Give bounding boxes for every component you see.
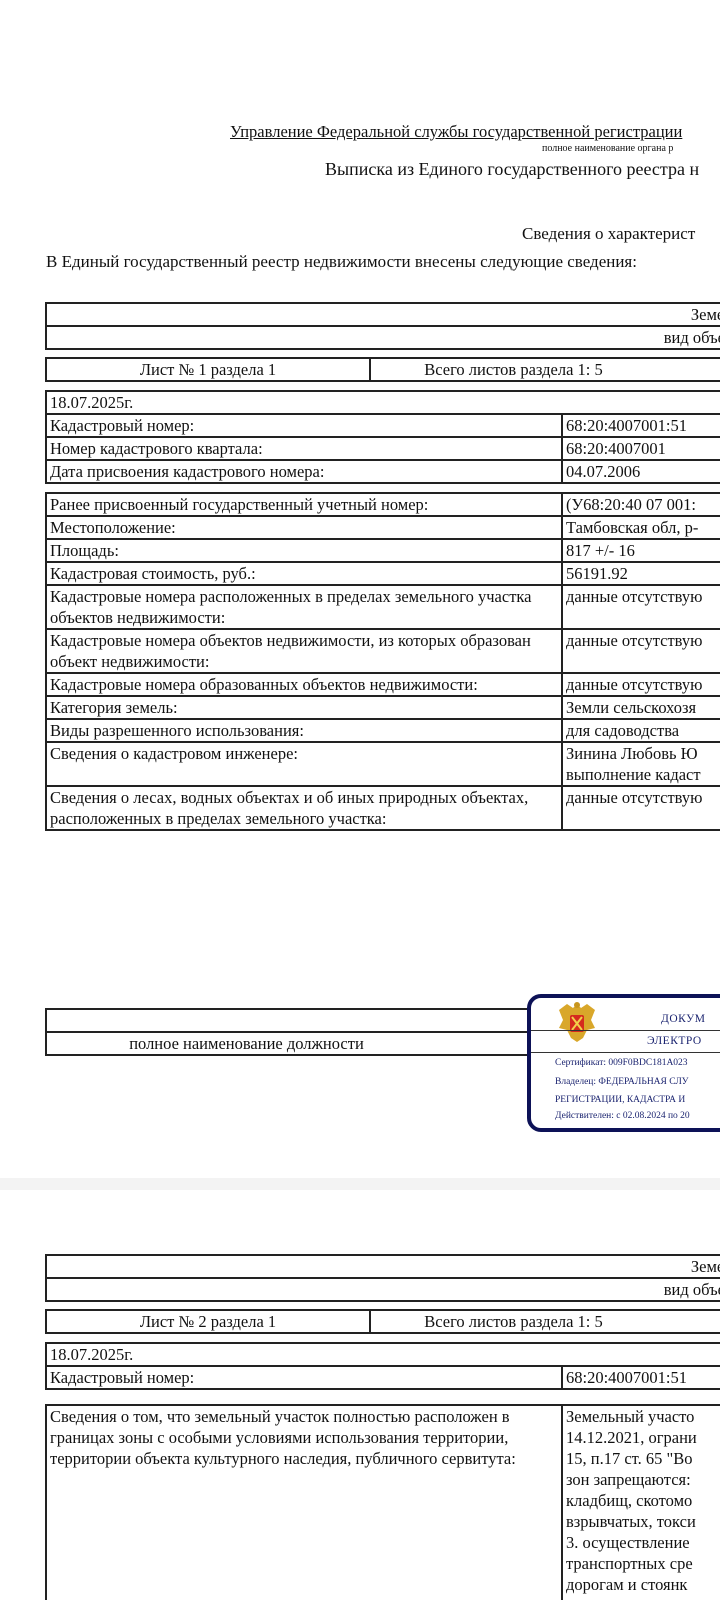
coat-of-arms-icon [555, 1000, 599, 1046]
stamp-title-2: ЭЛЕКТРО [647, 1035, 702, 1047]
section-title: Сведения о характерист [522, 224, 695, 244]
zone-value-line: 3. осуществление [566, 1532, 720, 1553]
row-value: для садоводства [562, 719, 720, 742]
row-value: Тамбовская обл, р- [562, 516, 720, 539]
page2-info-table: 18.07.2025г. Кадастровый номер: 68:20:40… [45, 1342, 720, 1390]
row-label: Сведения о лесах, водных объектах и об и… [46, 786, 562, 830]
table-row: Дата присвоения кадастрового номера: 04.… [46, 460, 720, 483]
row-value: (У68:20:40 07 001: [562, 493, 720, 516]
row-label: Кадастровые номера объектов недвижимости… [46, 629, 562, 673]
row-label: Кадастровая стоимость, руб.: [46, 562, 562, 585]
extract-date: 18.07.2025г. [46, 391, 720, 414]
table-row: Ранее присвоенный государственный учетны… [46, 493, 720, 516]
zone-table: Сведения о том, что земельный участок по… [45, 1404, 720, 1600]
object-type: Земель [46, 303, 720, 326]
main-info-table-2: Ранее присвоенный государственный учетны… [45, 492, 720, 831]
row-value: 68:20:4007001:51 [562, 414, 720, 437]
zone-value-line: дорогам и стоянк [566, 1574, 720, 1595]
extract-date: 18.07.2025г. [46, 1343, 720, 1366]
row-value: 04.07.2006 [562, 460, 720, 483]
row-value: 68:20:4007001 [562, 437, 720, 460]
engineer-detail: выполнение кадаст [566, 764, 720, 785]
sheet-number: Лист № 1 раздела 1 [46, 358, 370, 381]
table-row: Местоположение:Тамбовская обл, р- [46, 516, 720, 539]
engineer-name: Зинина Любовь Ю [566, 743, 720, 764]
sheet-number: Лист № 2 раздела 1 [46, 1310, 370, 1333]
stamp-owner-cont: РЕГИСТРАЦИИ, КАДАСТРА И [555, 1095, 685, 1105]
row-value: Зинина Любовь Ювыполнение кадаст [562, 742, 720, 786]
row-value: 56191.92 [562, 562, 720, 585]
row-value: 68:20:4007001:51 [562, 1366, 720, 1389]
stamp-owner: Владелец: ФЕДЕРАЛЬНАЯ СЛУ [555, 1077, 689, 1087]
zone-value: Земельный участо 14.12.2021, ограни 15, … [562, 1405, 720, 1600]
table-row: Сведения о кадастровом инженере:Зинина Л… [46, 742, 720, 786]
row-label: Кадастровые номера расположенных в преде… [46, 585, 562, 629]
table-row: Номер кадастрового квартала: 68:20:40070… [46, 437, 720, 460]
row-value: 817 +/- 16 [562, 539, 720, 562]
row-label: Местоположение: [46, 516, 562, 539]
table-row: Кадастровые номера расположенных в преде… [46, 585, 720, 629]
row-label: Кадастровый номер: [46, 414, 562, 437]
document-page-1: Управление Федеральной службы государств… [0, 0, 720, 1178]
row-value: данные отсутствую [562, 629, 720, 673]
intro-text: В Единый государственный реестр недвижим… [46, 252, 637, 272]
page-separator [0, 1178, 720, 1190]
row-label: Виды разрешенного использования: [46, 719, 562, 742]
table-row: Сведения о том, что земельный участок по… [46, 1405, 720, 1600]
stamp-certificate: Сертификат: 009F0BDC181A023 [555, 1058, 688, 1068]
organization-name: Управление Федеральной службы государств… [230, 122, 682, 142]
zone-value-line: взрывчатых, токси [566, 1511, 720, 1532]
table-row: Кадастровая стоимость, руб.:56191.92 [46, 562, 720, 585]
zone-value-line: транспортных сре [566, 1553, 720, 1574]
row-label: Площадь: [46, 539, 562, 562]
table-row: Виды разрешенного использования:для садо… [46, 719, 720, 742]
table-row: Площадь:817 +/- 16 [46, 539, 720, 562]
stamp-divider [531, 1052, 720, 1053]
object-type-table: Земель вид объект [45, 302, 720, 350]
row-label: Кадастровый номер: [46, 1366, 562, 1389]
sheet-header-table-2: Лист № 2 раздела 1 Всего листов раздела … [45, 1309, 720, 1334]
zone-value-line: Земельный участо [566, 1406, 720, 1427]
electronic-signature-stamp: ДОКУМ ЭЛЕКТРО Сертификат: 009F0BDC181A02… [527, 994, 720, 1132]
sheets-total: Всего листов раздела 1: 5 [370, 1310, 720, 1333]
stamp-divider [531, 1030, 720, 1031]
object-type-caption: вид объект [46, 326, 720, 349]
row-value: данные отсутствую [562, 585, 720, 629]
row-label: Кадастровые номера образованных объектов… [46, 673, 562, 696]
row-value: Земли сельскохозя [562, 696, 720, 719]
stamp-valid: Действителен: с 02.08.2024 по 20 [555, 1111, 690, 1121]
zone-value-line: 15, п.17 ст. 65 "Во [566, 1448, 720, 1469]
row-label: Категория земель: [46, 696, 562, 719]
table-row: Сведения о лесах, водных объектах и об и… [46, 786, 720, 830]
object-type: Земель [46, 1255, 720, 1278]
row-value: данные отсутствую [562, 786, 720, 830]
table-row: Категория земель:Земли сельскохозя [46, 696, 720, 719]
stamp-title-1: ДОКУМ [661, 1013, 705, 1025]
zone-value-line: 14.12.2021, ограни [566, 1427, 720, 1448]
sheet-header-table: Лист № 1 раздела 1 Всего листов раздела … [45, 357, 720, 382]
extract-title: Выписка из Единого государственного реес… [325, 159, 699, 180]
zone-label: Сведения о том, что земельный участок по… [46, 1405, 562, 1600]
object-type-caption: вид объект [46, 1278, 720, 1301]
row-label: Дата присвоения кадастрового номера: [46, 460, 562, 483]
table-row: Кадастровые номера объектов недвижимости… [46, 629, 720, 673]
main-info-table-1: 18.07.2025г. Кадастровый номер: 68:20:40… [45, 390, 720, 484]
sheets-total: Всего листов раздела 1: 5 [370, 358, 720, 381]
zone-value-line: зон запрещаются: [566, 1469, 720, 1490]
table-row: Кадастровый номер: 68:20:4007001:51 [46, 414, 720, 437]
object-type-table-2: Земель вид объект [45, 1254, 720, 1302]
document-page-2: Земель вид объект Лист № 2 раздела 1 Все… [0, 1190, 720, 1600]
table-row: Кадастровый номер: 68:20:4007001:51 [46, 1366, 720, 1389]
row-label: Ранее присвоенный государственный учетны… [46, 493, 562, 516]
row-label: Сведения о кадастровом инженере: [46, 742, 562, 786]
row-label: Номер кадастрового квартала: [46, 437, 562, 460]
row-value: данные отсутствую [562, 673, 720, 696]
table-row: Кадастровые номера образованных объектов… [46, 673, 720, 696]
organization-caption: полное наименование органа р [542, 143, 673, 154]
zone-value-line: кладбищ, скотомо [566, 1490, 720, 1511]
